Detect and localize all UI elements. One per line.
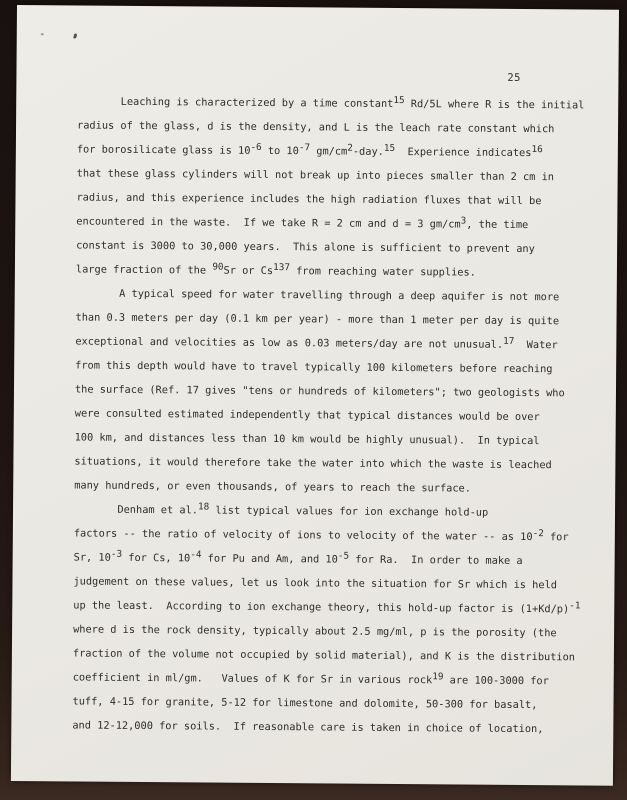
superscript-reference: 18: [198, 501, 209, 512]
superscript-reference: 15: [384, 142, 395, 153]
text-line: and 12-12,000 for soils. If reasonable c…: [72, 713, 602, 741]
superscript-reference: -4: [190, 549, 201, 560]
superscript-reference: -1: [569, 600, 580, 611]
superscript-reference: 90: [212, 261, 223, 272]
superscript-reference: 3: [461, 215, 467, 226]
body-text: Leaching is characterized by a time cons…: [72, 89, 607, 741]
superscript-reference: -3: [111, 548, 122, 559]
superscript-reference: 2: [347, 142, 353, 153]
document-page: 25 Leaching is characterized by a time c…: [11, 5, 619, 786]
superscript-reference: 15: [393, 94, 404, 105]
scan-background: { "page": { "number": "25", "lines": [ […: [0, 0, 627, 800]
scan-speck: [41, 33, 44, 35]
superscript-reference: -5: [338, 550, 349, 561]
superscript-reference: 16: [531, 144, 542, 155]
superscript-reference: 137: [273, 262, 290, 273]
superscript-reference: -2: [533, 528, 544, 539]
superscript-reference: -6: [250, 141, 261, 152]
superscript-reference: -7: [299, 142, 310, 153]
superscript-reference: 17: [503, 335, 514, 346]
scan-speck: [73, 33, 77, 38]
superscript-reference: 19: [432, 671, 443, 682]
page-number: 25: [507, 66, 521, 90]
